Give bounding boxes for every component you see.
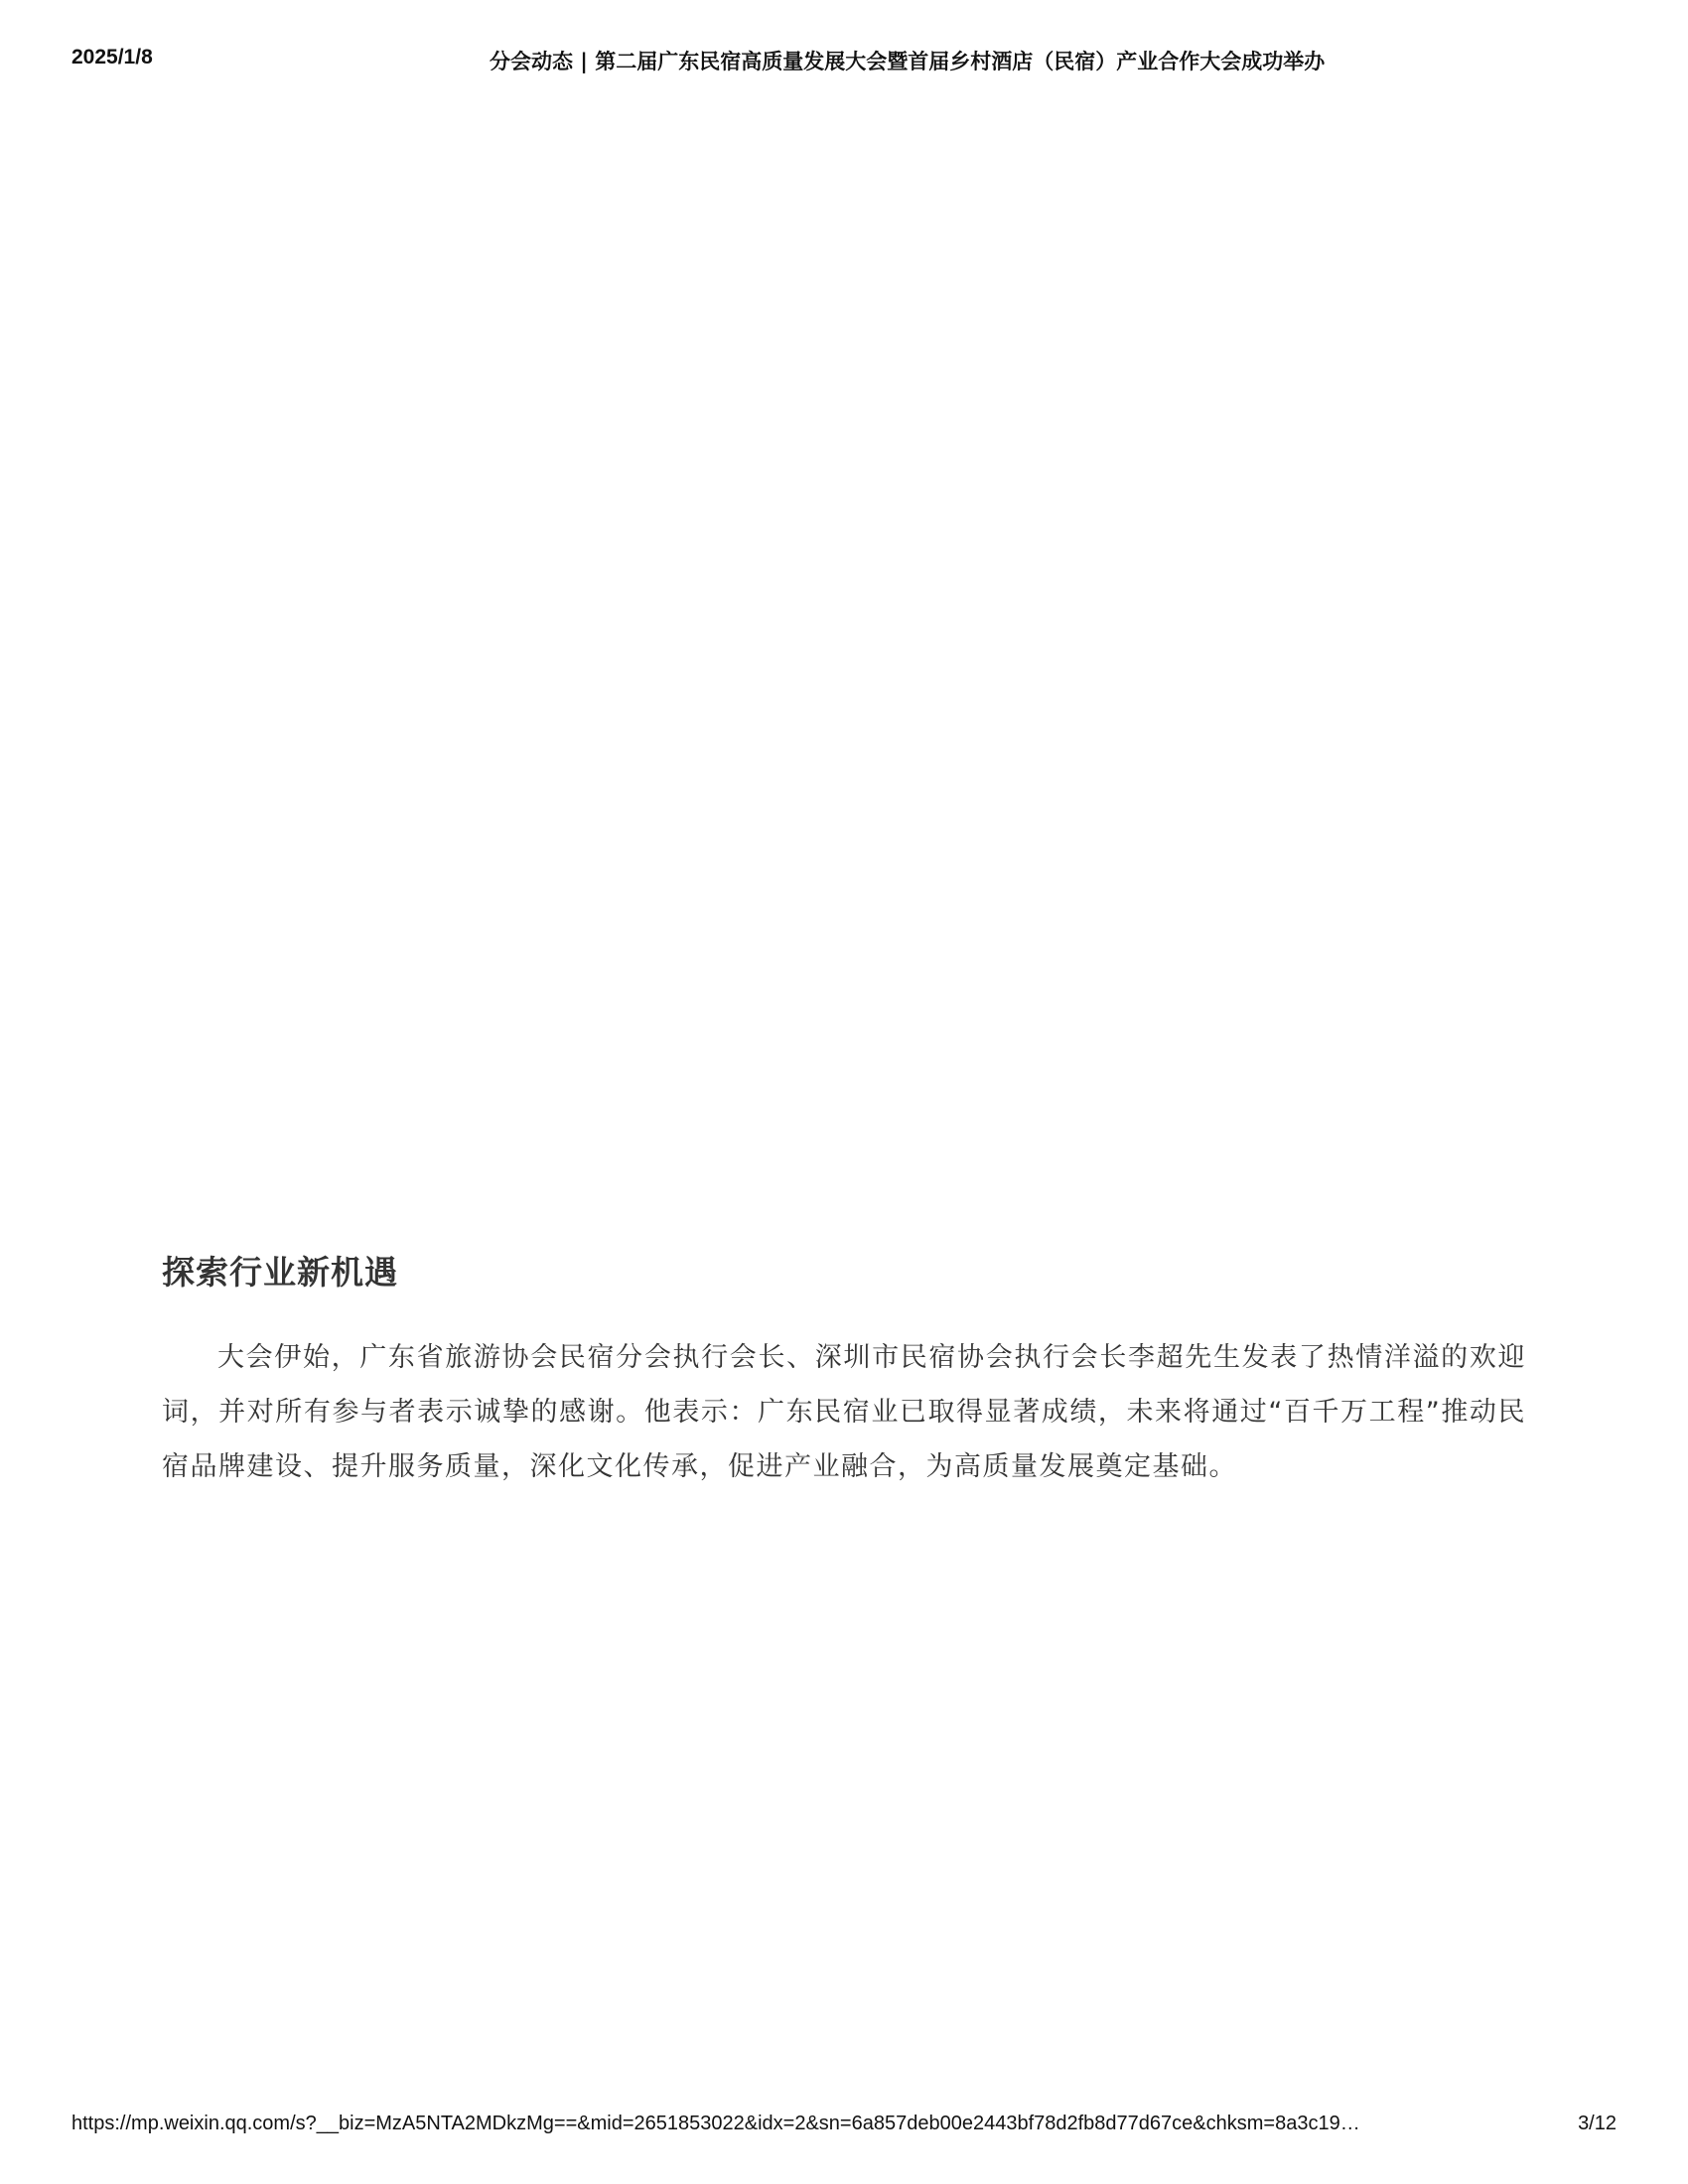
body-paragraph: 大会伊始，广东省旅游协会民宿分会执行会长、深圳市民宿协会执行会长李超先生发表了热… [162,1330,1526,1494]
print-page-title: 分会动态 | 第二届广东民宿高质量发展大会暨首届乡村酒店（民宿）产业合作大会成功… [490,46,1325,75]
page-url-link[interactable]: https://mp.weixin.qq.com/s?__biz=MzA5NTA… [71,2113,1360,2135]
article-image-blank [162,109,1526,1211]
section-heading: 探索行业新机遇 [162,1247,398,1294]
page-number: 3/12 [1578,2113,1617,2135]
print-date: 2025/1/8 [71,46,153,69]
